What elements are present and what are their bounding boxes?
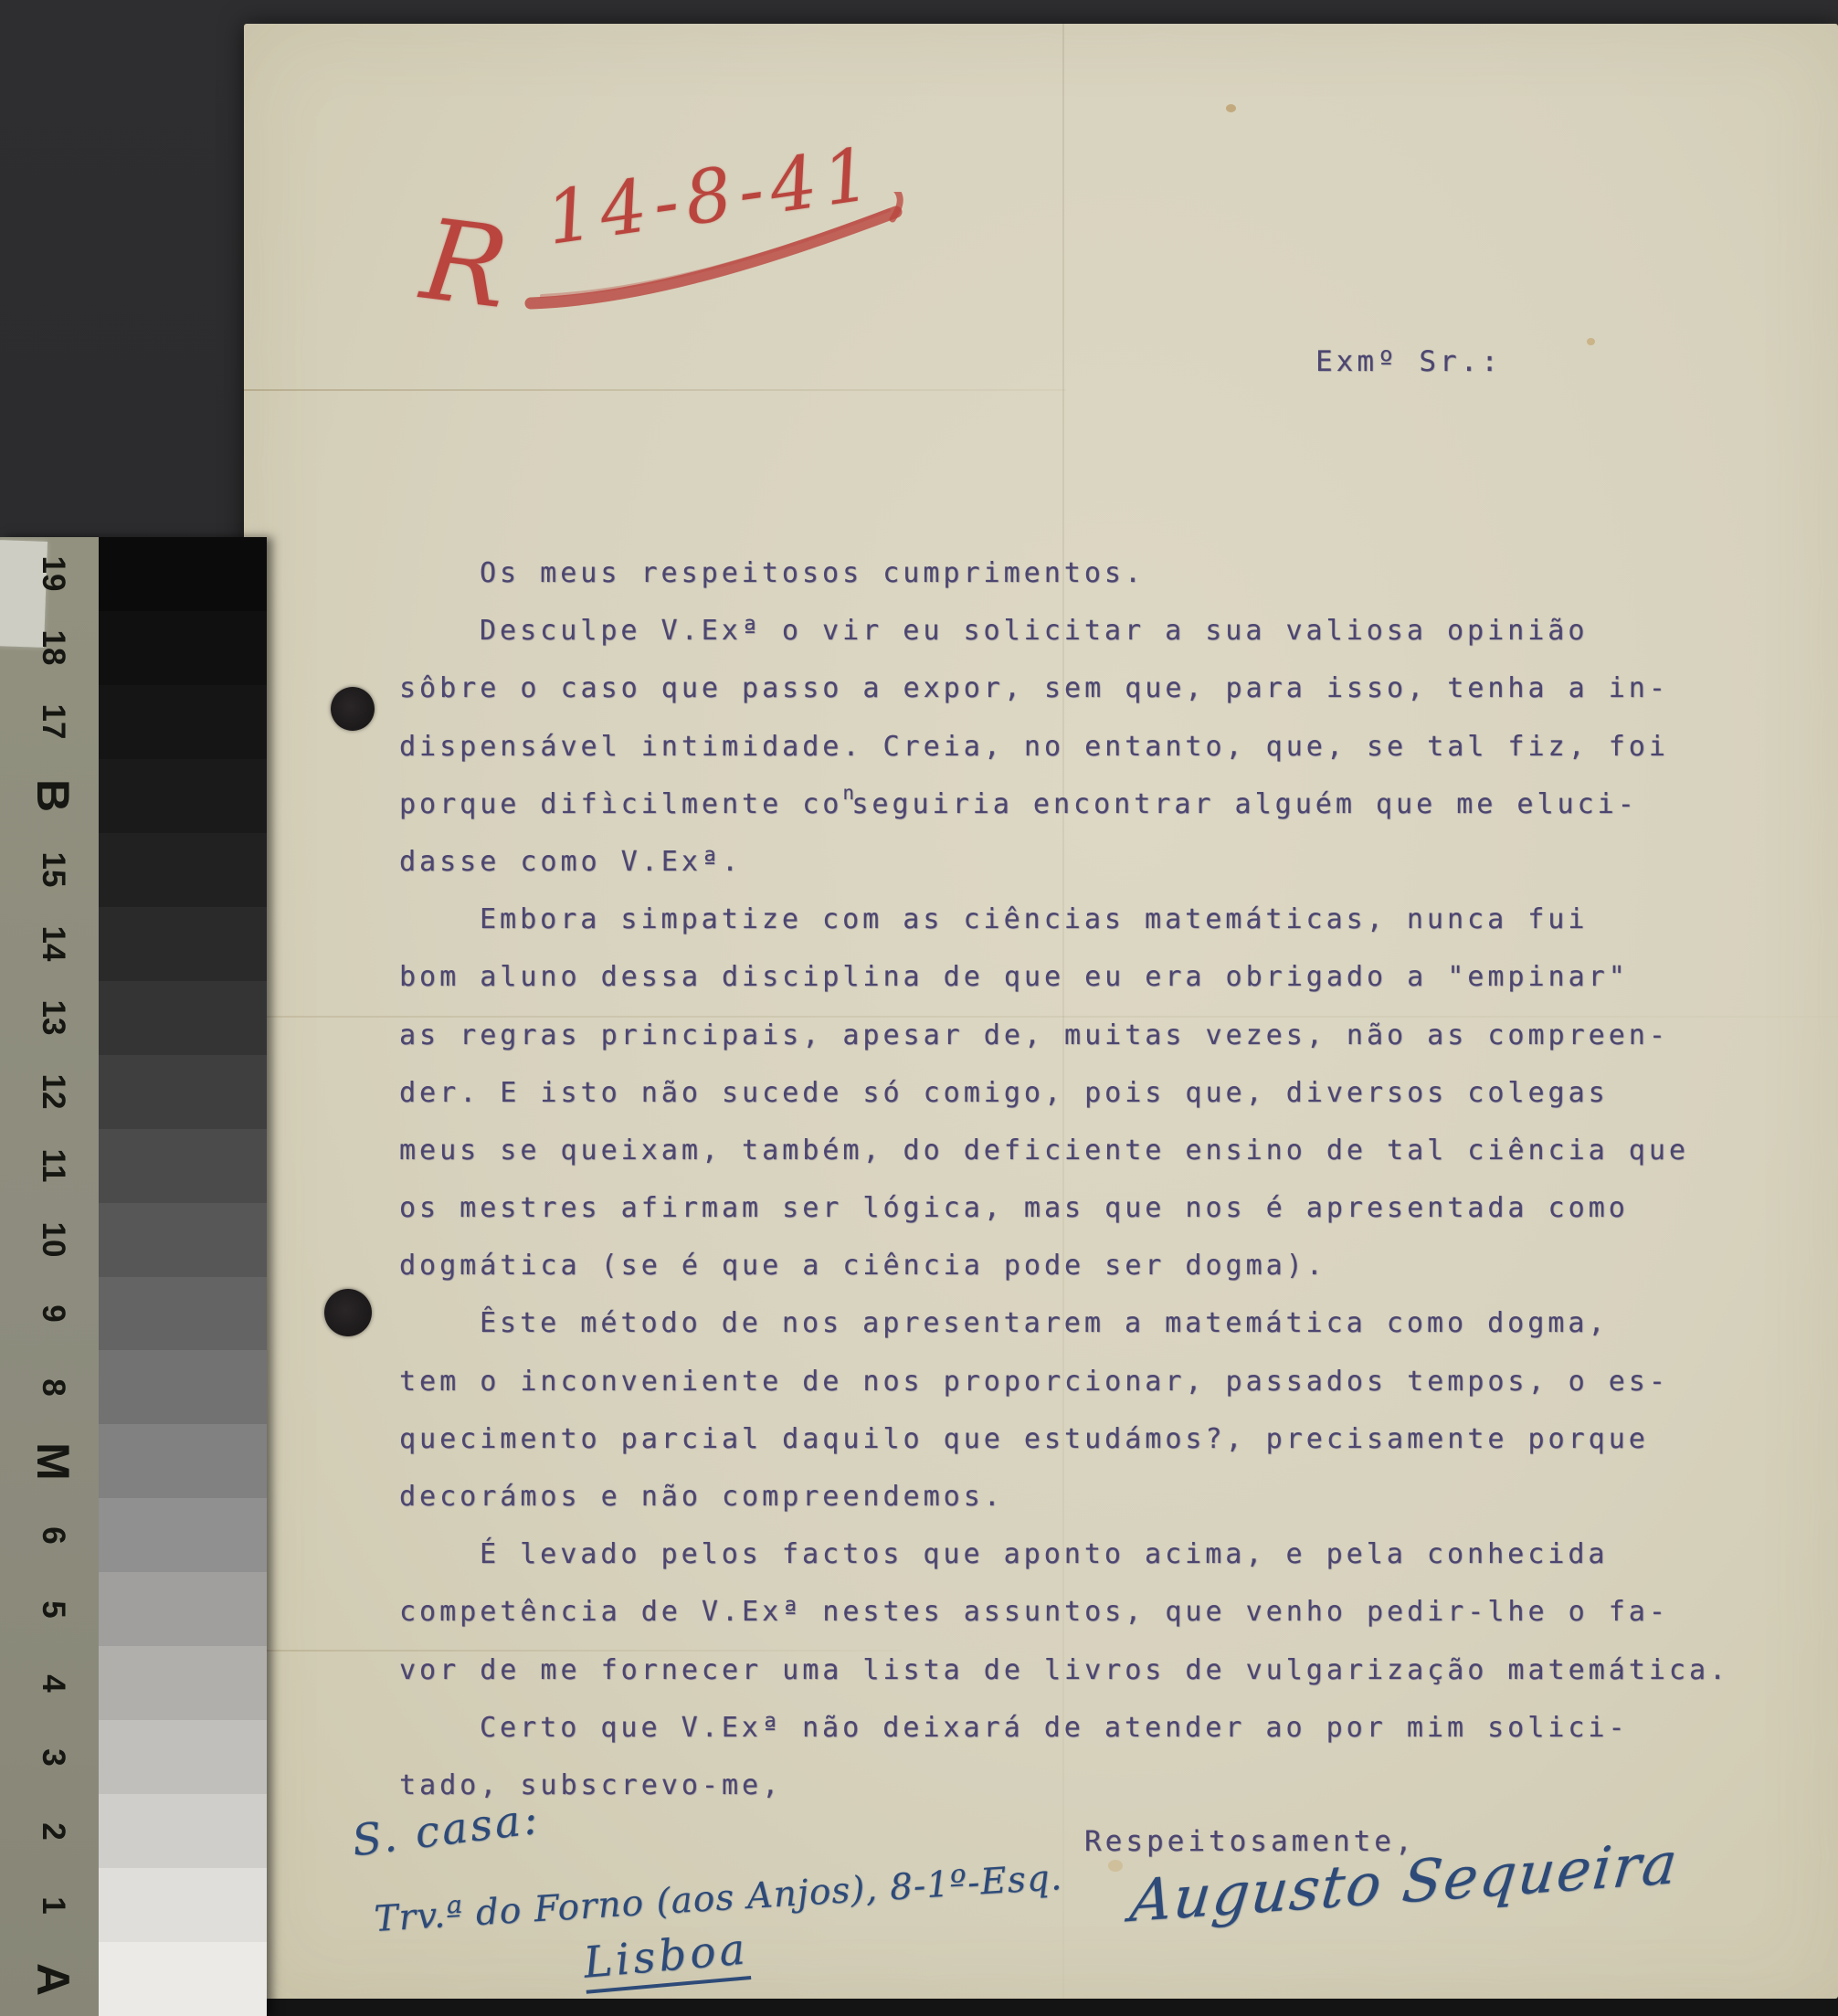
grayscale-patch	[99, 685, 267, 760]
paper-crease	[244, 389, 1066, 391]
grayscale-step-label: A	[34, 1943, 72, 2016]
grayscale-step-label: 18	[34, 611, 72, 684]
grayscale-patch	[99, 1424, 267, 1499]
letter-line: der. E isto não sucede só comigo, pois q…	[399, 1064, 1838, 1122]
letter-line: quecimento parcial daquilo que estudámos…	[399, 1410, 1838, 1468]
grayscale-step-label: 17	[34, 685, 72, 758]
grayscale-patch	[99, 1129, 267, 1204]
grayscale-patch	[99, 537, 267, 612]
grayscale-patch	[99, 1868, 267, 1943]
grayscale-patch	[99, 1277, 267, 1352]
letter-line: vor de me fornecer uma lista de livros d…	[399, 1641, 1838, 1699]
grayscale-step-label: 5	[34, 1573, 72, 1646]
letter-line: meus se queixam, também, do deficiente e…	[399, 1122, 1838, 1179]
letter-line: Êste método de nos apresentarem a matemá…	[399, 1294, 1838, 1352]
paper-stain	[1587, 338, 1595, 345]
grayscale-step-label: B	[34, 759, 72, 832]
letter-line: competência de V.Exª nestes assuntos, qu…	[399, 1583, 1838, 1641]
punch-hole	[324, 1289, 372, 1336]
paper-stain	[1226, 104, 1236, 112]
scanner-background-band	[0, 1999, 1838, 2016]
grayscale-step-label: 2	[34, 1795, 72, 1868]
grayscale-step-label: M	[34, 1425, 72, 1498]
grayscale-patch	[99, 1203, 267, 1278]
letter-line: dogmática (se é que a ciência pode ser d…	[399, 1237, 1838, 1294]
letter-line: Certo que V.Exª não deixará de atender a…	[399, 1699, 1838, 1757]
grayscale-step-label: 6	[34, 1499, 72, 1572]
letter-paper: R 14-8-41 Exmº Sr.: Os meus respeitosos …	[244, 24, 1838, 1999]
grayscale-patch	[99, 907, 267, 982]
letter-line: porque difìcilmente conseguiria encontra…	[399, 776, 1838, 833]
scanned-letter-page: R 14-8-41 Exmº Sr.: Os meus respeitosos …	[0, 0, 1838, 2016]
letter-line: Os meus respeitosos cumprimentos.	[399, 544, 1838, 602]
grayscale-patch	[99, 981, 267, 1056]
grayscale-step-label: 4	[34, 1647, 72, 1720]
grayscale-patch	[99, 1646, 267, 1721]
grayscale-step-label: 13	[34, 981, 72, 1054]
grayscale-patch	[99, 1942, 267, 2016]
grayscale-patch	[99, 611, 267, 686]
letter-body: Os meus respeitosos cumprimentos.Desculp…	[399, 544, 1838, 1814]
grayscale-patch	[99, 1720, 267, 1795]
grayscale-step-label: 10	[34, 1203, 72, 1276]
paper-stain	[1108, 1860, 1123, 1872]
letter-line: É levado pelos factos que aponto acima, …	[399, 1525, 1838, 1583]
letter-line: dasse como V.Exª.	[399, 833, 1838, 891]
sender-address-label: S. casa:	[349, 1794, 543, 1867]
letter-line: tado, subscrevo-me,	[399, 1757, 1838, 1814]
grayscale-step-label: 15	[34, 833, 72, 906]
letter-line: Desculpe V.Exª o vir eu solicitar a sua …	[399, 602, 1838, 660]
letter-line: tem o inconveniente de nos proporcionar,…	[399, 1353, 1838, 1410]
letter-line: os mestres afirmam ser lógica, mas que n…	[399, 1179, 1838, 1237]
typed-correction-superscript: n	[842, 765, 851, 822]
letter-line: bom aluno dessa disciplina de que eu era…	[399, 948, 1838, 1006]
grayscale-step-label: 14	[34, 907, 72, 980]
grayscale-step-label: 19	[34, 537, 72, 610]
grayscale-step-label: 8	[34, 1351, 72, 1424]
grayscale-step-label: 9	[34, 1277, 72, 1350]
grayscale-patch	[99, 1572, 267, 1647]
letter-line: Embora simpatize com as ciências matemát…	[399, 891, 1838, 948]
grayscale-step-label: 1	[34, 1869, 72, 1942]
calibration-strip: 191817B15141312111098M654321A	[0, 537, 267, 2016]
red-date-annotation: 14-8-41	[541, 131, 882, 261]
letter-line: decorámos e não compreendemos.	[399, 1468, 1838, 1525]
grayscale-patch	[99, 1055, 267, 1130]
grayscale-step-label: 12	[34, 1055, 72, 1128]
letter-line: sôbre o caso que passo a expor, sem que,…	[399, 660, 1838, 717]
sender-address-city: Lisboa	[582, 1924, 751, 1994]
grayscale-patch	[99, 1794, 267, 1869]
letter-line: dispensável intimidade. Creia, no entant…	[399, 718, 1838, 776]
grayscale-patch	[99, 833, 267, 908]
grayscale-patch	[99, 1350, 267, 1425]
salutation: Exmº Sr.:	[1315, 345, 1502, 378]
grayscale-patch	[99, 1498, 267, 1573]
grayscale-patch	[99, 759, 267, 834]
red-register-mark: R	[416, 195, 514, 333]
letter-line: as regras principais, apesar de, muitas …	[399, 1007, 1838, 1064]
punch-hole	[331, 687, 375, 731]
grayscale-step-label: 11	[34, 1129, 72, 1202]
grayscale-step-label: 3	[34, 1721, 72, 1794]
